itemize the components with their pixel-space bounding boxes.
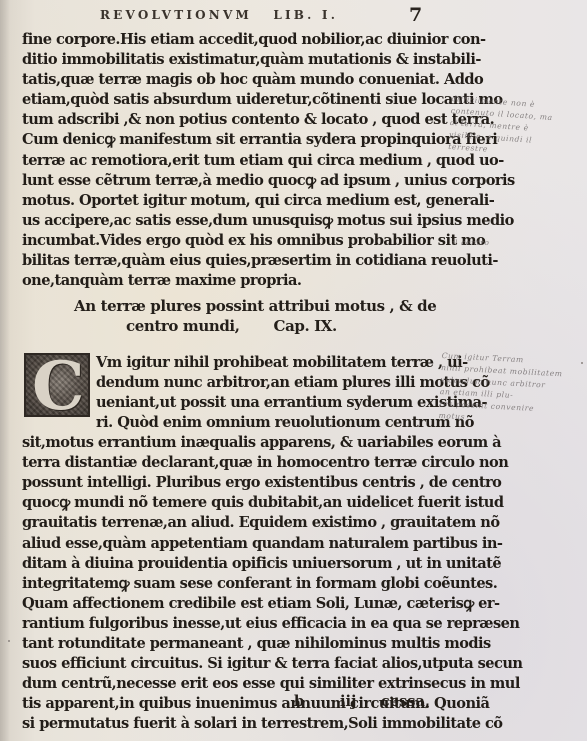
text-line: ueniant,ut possit una errantium syderum … [96,393,434,413]
paragraph-2-opening: Vm igitur nihil prohibeat mobilitatem te… [96,353,434,413]
text-line: etiam,quòd satis absurdum uideretur,cõti… [22,90,434,110]
text-line: bilitas terræ,quàm eius quies,præsertim … [22,251,434,271]
running-head-title: REVOLVTIONVM [100,8,252,22]
catchword: cessa, [381,693,430,710]
text-line: terræ ac remotiora,erit tum etiam qui ci… [22,151,434,171]
text-line: ri. Quòd enim omnium reuolutionum centru… [22,413,434,433]
paragraph-2: ri. Quòd enim omnium reuolutionum centru… [22,413,434,735]
text-line: dum centrũ,necesse erit eos esse qui sim… [22,674,434,694]
decorated-initial: C [24,353,90,417]
text-line: grauitatis terrenæ,an aliud. Equidem exi… [22,513,434,533]
text-line: aliud esse,quàm appetentiam quandam natu… [22,534,434,554]
margin-speck [581,362,583,364]
running-head: REVOLVTIONVM LIB. I. [100,8,430,30]
text-line: tum adscribi ,& non potius contento & lo… [22,110,434,130]
text-line: lunt esse cẽtrum terræ,à medio quocꝙ ad … [22,171,434,191]
page-footer: b iij cessa, [22,693,434,715]
paragraph-1: fine corpore.His etiam accedit,quod nobi… [22,30,434,291]
text-line: us accipere,ac satis esse,dum unusquisꝙ … [22,211,434,231]
text-line: integritatemꝙ suam sese conferant in for… [22,574,434,594]
margin-speck [8,640,10,642]
text-line: quocꝙ mundi nõ temere quis dubitabit,an … [22,493,434,513]
chapter-heading-line-1: An terræ plures possint attribui motus ,… [60,296,400,316]
margin-annotation-1: difficilmente non è contenuto il locato,… [448,93,554,160]
margin-annotation-3: Cum igitur Terram nihil prohibeat mobili… [438,350,563,428]
signature-mark: b [294,693,304,710]
running-head-book: LIB. I. [273,8,338,22]
text-line: tant rotunditate permaneant , quæ nihilo… [22,634,434,654]
text-line: ditam à diuina prouidentia opificis uniu… [22,554,434,574]
initial-letter: C [32,353,85,417]
text-line: suos efficiunt circuitus. Si igitur & te… [22,654,434,674]
margin-annotation-2: il centro [452,237,490,249]
page-gutter-edge [0,0,10,741]
text-line: Vm igitur nihil prohibeat mobilitatem te… [96,353,434,373]
text-line: one,tanquàm terræ maxime propria. [22,271,434,291]
text-line: tatis,quæ terræ magis ob hoc quàm mundo … [22,70,434,90]
chapter-heading-subject: centro mundi, [126,317,240,335]
text-line: motus. Oportet igitur motum, qui circa m… [22,191,434,211]
text-line: Cum denicꝙ manifestum sit errantia syder… [22,130,434,150]
page-number: 7 [409,4,422,26]
text-line: sit,motus errantium inæqualis apparens, … [22,433,434,453]
chapter-label: Cap. IX. [274,317,337,335]
text-line: rantium fulgoribus inesse,ut eius effica… [22,614,434,634]
text-line: terra distantiæ declarant,quæ in homocen… [22,453,434,473]
text-line: possunt intelligi. Pluribus ergo existen… [22,473,434,493]
text-line: Quam affectionem credibile est etiam Sol… [22,594,434,614]
chapter-heading: An terræ plures possint attribui motus ,… [60,296,400,336]
text-line: si permutatus fuerit à solari in terrest… [22,714,434,734]
text-line: dendum nunc arbitror,an etiam plures ill… [96,373,434,393]
text-line: incumbat.Vides ergo quòd ex his omnibus … [22,231,434,251]
text-line: ditio immobilitatis existimatur,quàm mut… [22,50,434,70]
text-line: fine corpore.His etiam accedit,quod nobi… [22,30,434,50]
annotation-line: il centro [452,237,490,249]
chapter-heading-line-2: centro mundi,Cap. IX. [60,316,400,336]
signature-number: iij [340,693,356,710]
